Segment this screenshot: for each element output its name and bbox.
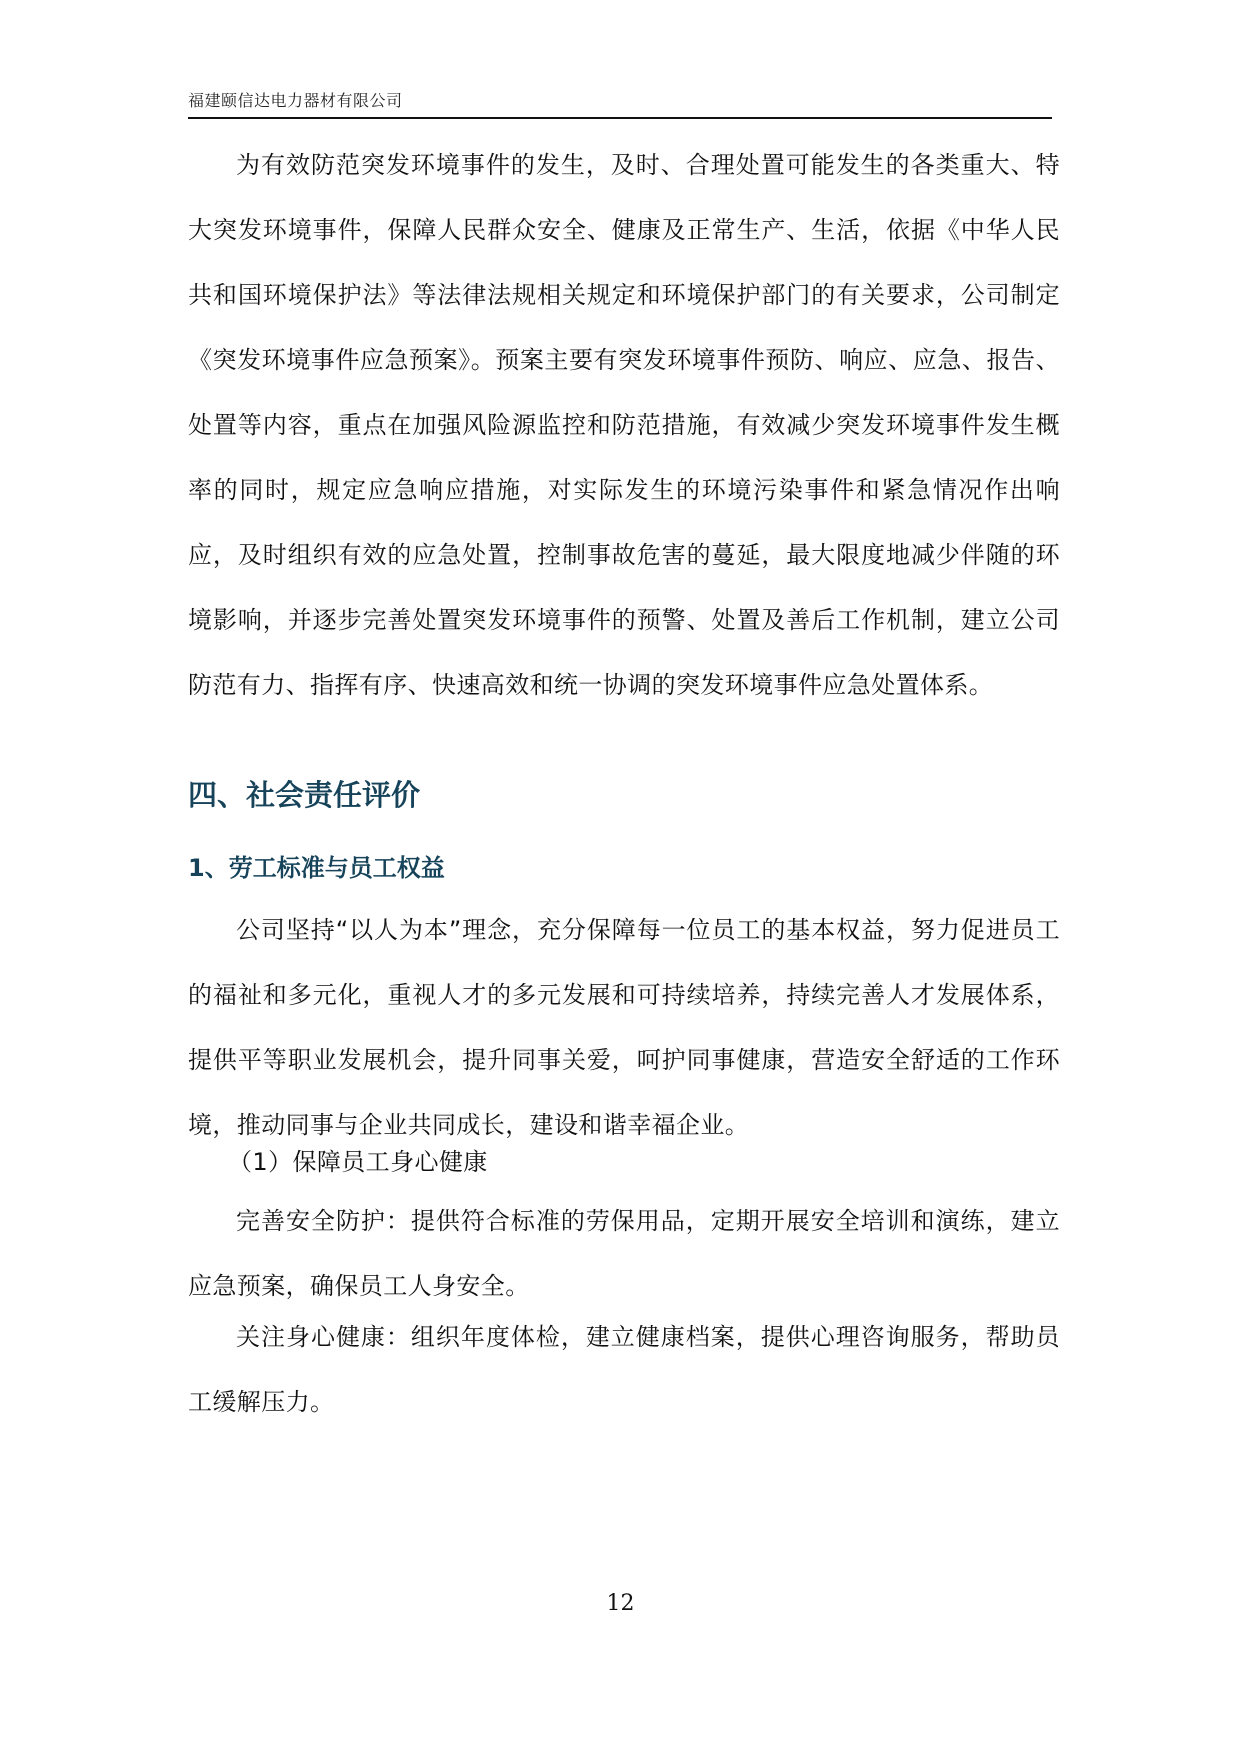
item-heading: （1）保障员工身心健康 <box>188 1130 1060 1195</box>
page-number: 12 <box>0 1591 1241 1616</box>
paragraph-emergency-plan: 为有效防范突发环境事件的发生，及时、合理处置可能发生的各类重大、特大突发环境事件… <box>188 133 1060 718</box>
paragraph-safety-protection: 完善安全防护：提供符合标准的劳保用品，定期开展安全培训和演练，建立应急预案，确保… <box>188 1189 1060 1319</box>
section-heading: 四、社会责任评价 <box>188 773 420 814</box>
paragraph-labor-rights: 公司坚持“以人为本”理念，充分保障每一位员工的基本权益，努力促进员工的福祉和多元… <box>188 898 1060 1158</box>
subsection-heading: 1、劳工标准与员工权益 <box>188 848 445 883</box>
header-divider <box>188 117 1052 119</box>
paragraph-health-care: 关注身心健康：组织年度体检，建立健康档案，提供心理咨询服务，帮助员工缓解压力。 <box>188 1305 1060 1435</box>
header-company-name: 福建颐信达电力器材有限公司 <box>188 88 403 111</box>
